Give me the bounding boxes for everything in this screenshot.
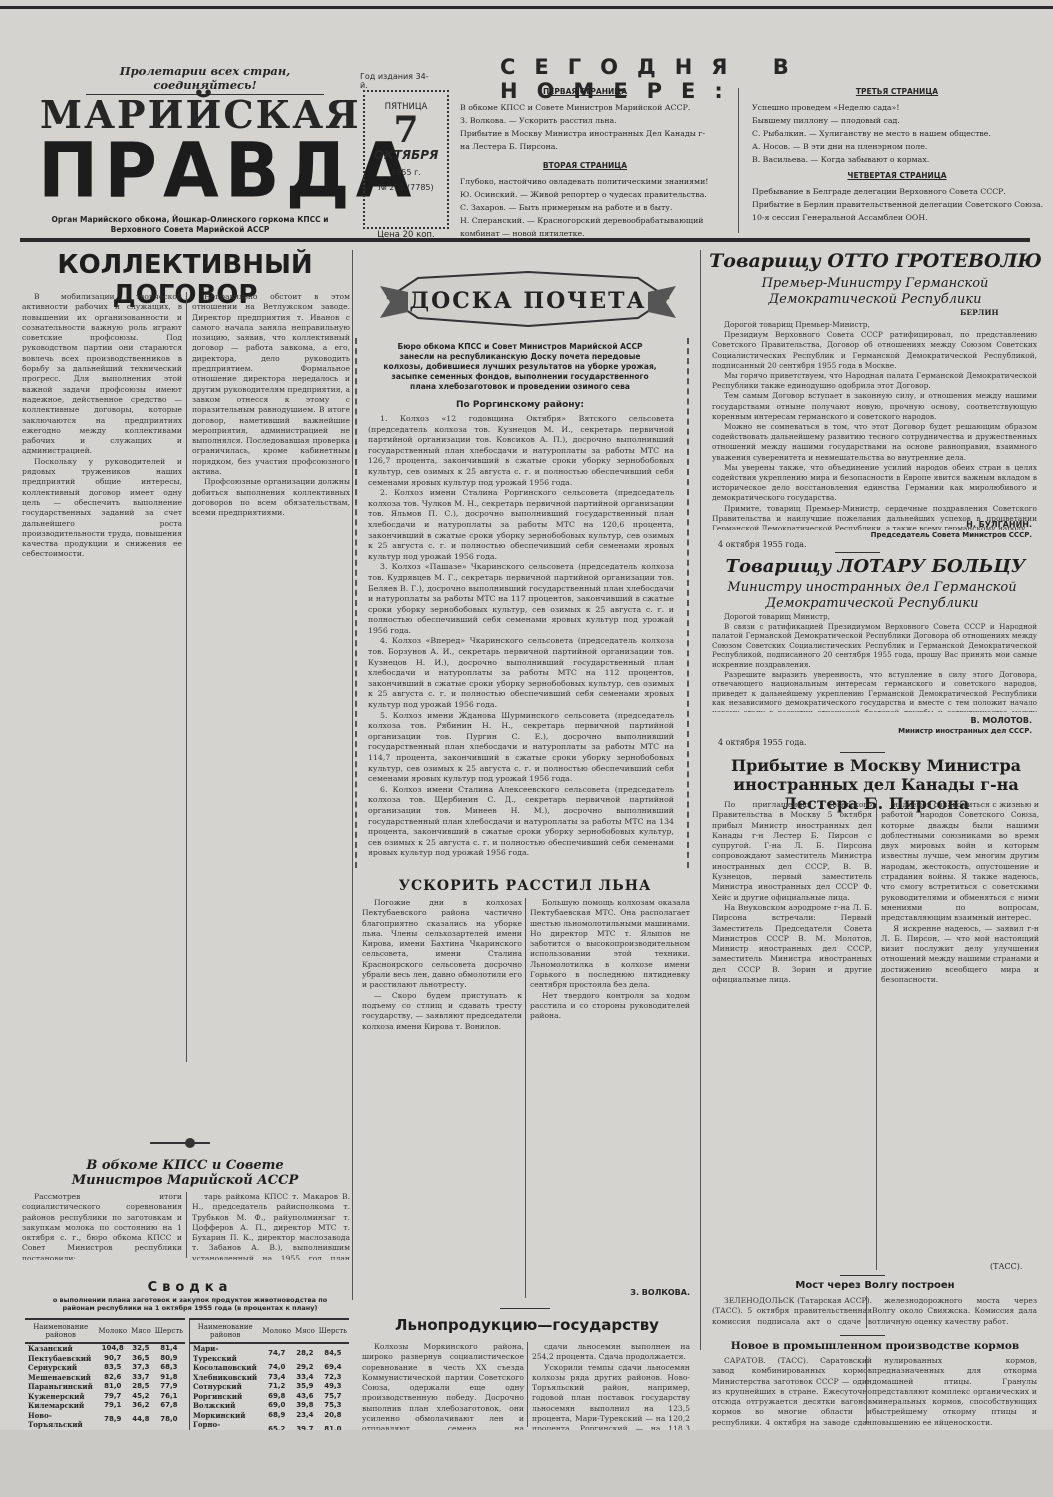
column-header: Шерсть (153, 1319, 185, 1343)
district-name: Косолаповский (190, 1363, 261, 1373)
issue-number: № 201 (7785) (365, 183, 447, 192)
paragraph: Погожие дни в колхозах Пектубаевского ра… (362, 898, 522, 991)
honor-entry: 5. Колхоз имени Жданова Шурминского сель… (368, 711, 674, 785)
newspaper-title-line2: ПРАВДА (38, 126, 330, 214)
percent-value: 37,3 (129, 1363, 153, 1373)
column-divider (186, 1192, 187, 1258)
table-row: Ново-Торъяльский78,944,878,0 (25, 1411, 185, 1430)
column-header: Наименование районов (25, 1319, 96, 1343)
district-name: Килемарский (25, 1401, 96, 1411)
contents-item[interactable]: Глубоко, настойчиво овладевать политичес… (460, 175, 710, 188)
table-row: Хлебниковский73,433,472,3 (190, 1373, 350, 1383)
percent-value: 28,2 (293, 1343, 317, 1363)
percent-value: 81,4 (153, 1343, 185, 1354)
percent-value: 23,4 (293, 1411, 317, 1421)
date-box: ПЯТНИЦА 7 ОКТЯБРЯ 1955 г. № 201 (7785) (363, 90, 449, 229)
contents-item[interactable]: В обкоме КПСС и Совете Министров Марийск… (460, 101, 710, 114)
paragraph: Поскольку у руководителей и рядовых труж… (22, 457, 182, 560)
flax-signature: З. ВОЛКОВА. (530, 1288, 690, 1297)
percent-value: 36,2 (129, 1401, 153, 1411)
paragraph: Можно не сомневаться в том, что этот Дог… (712, 422, 1037, 463)
summary-title: Сводка (30, 1280, 350, 1295)
table-row: Сернурский83,537,368,3 (25, 1363, 185, 1373)
percent-value: 91,8 (153, 1373, 185, 1383)
honor-board-entries: 1. Колхоз «12 годовщина Октября» Вятског… (368, 414, 674, 864)
paragraph: Рассмотрев итоги социалистического сорев… (22, 1192, 182, 1260)
bridge-col1: ЗЕЛЕНОДОЛЬСК (Татарская АССР). (ТАСС). 5… (712, 1296, 872, 1330)
district-name: Сотнурский (190, 1382, 261, 1392)
paragraph: Мы уверены также, что объединение усилий… (712, 463, 1037, 504)
grotewohl-signature: Н. БУЛГАНИН. (712, 520, 1032, 529)
scan-bottom-margin (0, 1430, 1053, 1497)
table-row: Сотнурский71,235,949,3 (190, 1382, 350, 1392)
paragraph: Мы горячо приветствуем, что Народная пал… (712, 371, 1037, 391)
paragraph: Дорогой товарищ Министр, (712, 612, 1037, 622)
paragraph: В мобилизации творческой активности рабо… (22, 292, 182, 457)
percent-value: 79,1 (96, 1401, 129, 1411)
column-divider (186, 292, 187, 1062)
column-header: Мясо (129, 1319, 153, 1343)
district-name: Пектубаевский (25, 1354, 96, 1364)
contents-item[interactable]: В. Васильева. — Когда забывают о кормах. (752, 153, 1042, 166)
grotewohl-signature-title: Председатель Совета Министров СССР. (712, 531, 1032, 539)
contents-item[interactable]: Прибытие в Берлин правительственной деле… (752, 198, 1042, 211)
paragraph: Нет твердого контроля за ходом расстила … (530, 991, 690, 1022)
contents-item[interactable]: Успешно проведем «Неделю сада»! (752, 101, 1042, 114)
district-name: Казанский (25, 1343, 96, 1354)
contents-page-title: ТРЕТЬЯ СТРАНИЦА (752, 85, 1042, 98)
percent-value: 74,0 (260, 1363, 293, 1373)
short-divider (840, 1335, 885, 1336)
bolz-signature-title: Министр иностранных дел СССР. (712, 727, 1032, 735)
percent-value: 49,3 (317, 1382, 349, 1392)
contents-item[interactable]: З. Волкова. — Ускорить расстил льна. (460, 114, 710, 127)
district-name: Моркинский (190, 1411, 261, 1421)
percent-value: 72,3 (317, 1373, 349, 1383)
percent-value: 67,8 (153, 1401, 185, 1411)
column-header: Молоко (260, 1319, 293, 1343)
column-divider (876, 800, 877, 1270)
contents-item[interactable]: Пребывание в Белграде делегации Верховно… (752, 185, 1042, 198)
percent-value: 80,9 (153, 1354, 185, 1364)
year-of-publication: Год издания 34-й. (360, 72, 435, 90)
percent-value: 28,5 (129, 1382, 153, 1392)
percent-value: 69,8 (260, 1392, 293, 1402)
paragraph: Президиум Верховного Совета СССР ратифиц… (712, 330, 1037, 371)
table-row: Роргинский69,843,675,7 (190, 1392, 350, 1402)
column-divider (525, 898, 526, 1298)
slogan: Пролетарии всех стран, соединяйтесь! (86, 64, 324, 95)
collective-agreement-col1: В мобилизации творческой активности рабо… (22, 292, 182, 1062)
percent-value: 78,0 (153, 1411, 185, 1430)
newspaper-page: Пролетарии всех стран, соединяйтесь! МАР… (0, 0, 1053, 1497)
percent-value: 68,9 (260, 1411, 293, 1421)
percent-value: 35,9 (293, 1382, 317, 1392)
column-divider (352, 250, 353, 1300)
paragraph: Тем самым Договор вступает в законную си… (712, 391, 1037, 422)
collective-agreement-col2: Неправильно обстоит в этом отношении на … (192, 292, 350, 1062)
paragraph: Неправильно обстоит в этом отношении на … (192, 292, 350, 477)
short-divider (835, 552, 880, 553)
contents-item[interactable]: Бывшему пиллону — плодовый сад. (752, 114, 1042, 127)
percent-value: 84,5 (317, 1343, 349, 1363)
honor-board-district: По Роргинскому району: (380, 400, 660, 410)
flax-state-col2: сдачи льносемян выполнен на 254,2 процен… (532, 1342, 690, 1432)
bolz-signature: В. МОЛОТОВ. (712, 716, 1032, 725)
honor-entry: 1. Колхоз «12 годовщина Октября» Вятског… (368, 414, 674, 488)
district-name: Волжский (190, 1401, 261, 1411)
paragraph: По приглашению Советского Правительства … (712, 800, 872, 903)
paragraph: На Внуковском аэродроме г-на Л. Б. Пирсо… (712, 903, 872, 985)
paragraph: Колхозы Моркинского района, широко разве… (362, 1342, 524, 1432)
paragraph: — Скоро будем приступать к подъему со ст… (362, 991, 522, 1032)
paragraph: Профсоюзные организации должны добиться … (192, 477, 350, 518)
paragraph: Ускорили темпы сдачи льносемян колхозы р… (532, 1363, 690, 1432)
paragraph: нулированных кормов, предназначенных для… (872, 1356, 1037, 1428)
table-row: Килемарский79,136,267,8 (25, 1401, 185, 1411)
paragraph: ЗЕЛЕНОДОЛЬСК (Татарская АССР). (ТАСС). 5… (712, 1296, 872, 1330)
percent-value: 36,5 (129, 1354, 153, 1364)
contents-item[interactable]: Прибытие в Москву Министра иностранных Д… (460, 127, 710, 153)
grotewohl-date: 4 октября 1955 года. (718, 540, 807, 549)
paragraph: тарь райкома КПСС т. Макаров В. Н., пред… (192, 1192, 350, 1260)
percent-value: 73,4 (260, 1373, 293, 1383)
flax-state-col1: Колхозы Моркинского района, широко разве… (362, 1342, 524, 1432)
column-divider (866, 1296, 867, 1328)
honor-entry: 3. Колхоз «Пашазе» Чкаринского сельсовет… (368, 562, 674, 636)
bolz-subhead: Министру иностранных дел Германской Демо… (712, 580, 1032, 612)
honor-board-banner: ДОСКА ПОЧЕТА (378, 268, 678, 332)
headline-grotewohl: Товарищу ОТТО ГРОТЕВОЛЮ (708, 250, 1043, 272)
short-divider (840, 752, 885, 753)
percent-value: 45,2 (129, 1392, 153, 1402)
table-row: Казанский104,832,581,4 (25, 1343, 185, 1354)
district-name: Куженерский (25, 1392, 96, 1402)
percent-value: 29,2 (293, 1363, 317, 1373)
headline-feed: Новое в промышленном производстве кормов (710, 1340, 1040, 1352)
contents-pages-1-2: ПЕРВАЯ СТРАНИЦА В обкоме КПСС и Совете М… (460, 82, 710, 240)
contents-item[interactable]: Ю. Осинский. — Живой репортер о чудесах … (460, 188, 710, 201)
column-divider (527, 1342, 528, 1427)
district-name: Ново-Торъяльский (25, 1411, 96, 1430)
grotewohl-place: БЕРЛИН (960, 308, 999, 317)
column-header: Мясо (293, 1319, 317, 1343)
flax-col2: Большую помощь колхозам оказала Пектубае… (530, 898, 690, 1288)
contents-divider (738, 88, 739, 233)
percent-value: 43,6 (293, 1392, 317, 1402)
percent-value: 33,7 (129, 1373, 153, 1383)
column-header: Шерсть (317, 1319, 349, 1343)
table-row: Косолаповский74,029,269,4 (190, 1363, 350, 1373)
table-row: Параньгинский81,028,577,9 (25, 1382, 185, 1392)
short-divider (840, 1275, 885, 1276)
masthead-rule (20, 238, 1030, 242)
column-divider (866, 1356, 867, 1424)
day-number: 7 (365, 112, 447, 148)
obkom-col2: тарь райкома КПСС т. Макаров В. Н., пред… (192, 1192, 350, 1260)
percent-value: 68,3 (153, 1363, 185, 1373)
district-name: Хлебниковский (190, 1373, 261, 1383)
pearson-col1: По приглашению Советского Правительства … (712, 800, 872, 1290)
short-divider (500, 1308, 550, 1309)
contents-item[interactable]: С. Захаров. — Быть примерным на работе и… (460, 201, 710, 214)
table-row: Моркинский68,923,420,8 (190, 1411, 350, 1421)
column-header: Молоко (96, 1319, 129, 1343)
table-row: Мари-Турекский74,728,284,5 (190, 1343, 350, 1363)
headline-bridge: Мост через Волгу построен (710, 1280, 1040, 1291)
flax-col1: Погожие дни в колхозах Пектубаевского ра… (362, 898, 522, 1298)
percent-value: 74,7 (260, 1343, 293, 1363)
headline-flax: УСКОРИТЬ РАССТИЛ ЛЬНА (360, 878, 690, 894)
obkom-col1: Рассмотрев итоги социалистического сорев… (22, 1192, 182, 1260)
feed-col2: нулированных кормов, предназначенных для… (872, 1356, 1037, 1428)
percent-value: 81,0 (96, 1382, 129, 1392)
bolz-date: 4 октября 1955 года. (718, 738, 807, 747)
district-name: Сернурский (25, 1363, 96, 1373)
honor-entry: 6. Колхоз имени Сталина Алексеевского се… (368, 785, 674, 859)
headline-bolz: Товарищу ЛОТАРУ БОЛЬЦУ (708, 556, 1043, 577)
ornament-dot (185, 1138, 195, 1148)
percent-value: 69,4 (317, 1363, 349, 1373)
grotewohl-subhead: Премьер-Министру Германской Демократичес… (720, 276, 1030, 308)
table-row: Куженерский79,745,276,1 (25, 1392, 185, 1402)
table-row: Волжский69,039,875,3 (190, 1401, 350, 1411)
grotewohl-body: Дорогой товарищ Премьер-Министр, Президи… (712, 320, 1037, 530)
contents-page-title: ВТОРАЯ СТРАНИЦА (460, 159, 710, 172)
organ-statement: Орган Марийского обкома, Йошкар-Олинског… (50, 215, 330, 235)
column-header: Наименование районов (190, 1319, 261, 1343)
contents-page-title: ЧЕТВЕРТАЯ СТРАНИЦА (752, 169, 1042, 182)
month: ОКТЯБРЯ (365, 148, 447, 162)
percent-value: 75,7 (317, 1392, 349, 1402)
year: 1955 г. (365, 168, 447, 177)
percent-value: 79,7 (96, 1392, 129, 1402)
top-border (0, 6, 1053, 9)
paragraph: Большую помощь колхозам оказала Пектубае… (530, 898, 690, 991)
percent-value: 75,3 (317, 1401, 349, 1411)
paragraph: САРАТОВ. (ТАСС). Саратовский завод комби… (712, 1356, 872, 1428)
bridge-col2: железнодорожного моста через Волгу около… (872, 1296, 1037, 1330)
percent-value: 77,9 (153, 1382, 185, 1392)
percent-value: 104,8 (96, 1343, 129, 1354)
paragraph: надеемся ознакомиться с жизнью и работой… (881, 800, 1039, 924)
contents-item[interactable]: С. Рыбалкин. — Хулиганству не место в на… (752, 127, 1042, 140)
contents-item[interactable]: Н. Сперанский. — Красногорский деревообр… (460, 214, 710, 240)
column-divider (700, 250, 701, 1350)
honor-board-intro: Бюро обкома КПСС и Совет Министров Марий… (380, 342, 660, 392)
district-name: Роргинский (190, 1392, 261, 1402)
percent-value: 76,1 (153, 1392, 185, 1402)
percent-value: 39,8 (293, 1401, 317, 1411)
percent-value: 69,0 (260, 1401, 293, 1411)
paragraph: Дорогой товарищ Премьер-Министр, (712, 320, 1037, 330)
honor-board-title: ДОСКА ПОЧЕТА (410, 288, 647, 314)
bolz-body: Дорогой товарищ Министр, В связи с ратиф… (712, 612, 1037, 712)
paragraph: Я искренне надеюсь, — заявил г-н Л. Б. П… (881, 924, 1039, 986)
paragraph: В связи с ратификацией Президиумом Верхо… (712, 622, 1037, 670)
percent-value: 32,5 (129, 1343, 153, 1354)
pearson-source: (ТАСС). (990, 1262, 1022, 1271)
table-row: Мешенаевский82,633,791,8 (25, 1373, 185, 1383)
table-row: Пектубаевский90,736,580,9 (25, 1354, 185, 1364)
contents-pages-3-4: ТРЕТЬЯ СТРАНИЦА Успешно проведем «Неделю… (752, 82, 1042, 224)
paragraph: Разрешите выразить уверенность, что всту… (712, 670, 1037, 712)
percent-value: 71,2 (260, 1382, 293, 1392)
honor-entry: 4. Колхоз «Вперед» Чкаринского сельсовет… (368, 636, 674, 710)
percent-value: 78,9 (96, 1411, 129, 1430)
percent-value: 20,8 (317, 1411, 349, 1421)
summary-subtitle: о выполнении плана заготовок и закупок п… (40, 1296, 340, 1312)
paragraph: железнодорожного моста через Волгу около… (872, 1296, 1037, 1327)
headline-obkom: В обкоме КПСС и Совете Министров Марийск… (40, 1158, 330, 1188)
percent-value: 44,8 (129, 1411, 153, 1430)
percent-value: 90,7 (96, 1354, 129, 1364)
honor-entry: 2. Колхоз имени Сталина Роргинского сель… (368, 488, 674, 562)
district-name: Мари-Турекский (190, 1343, 261, 1363)
district-name: Параньгинский (25, 1382, 96, 1392)
percent-value: 33,4 (293, 1373, 317, 1383)
percent-value: 82,6 (96, 1373, 129, 1383)
feed-col1: САРАТОВ. (ТАСС). Саратовский завод комби… (712, 1356, 872, 1428)
contents-item[interactable]: А. Носов. — В эти дни на пленэрном поле. (752, 140, 1042, 153)
paragraph: сдачи льносемян выполнен на 254,2 процен… (532, 1342, 690, 1363)
pearson-col2: надеемся ознакомиться с жизнью и работой… (881, 800, 1039, 1260)
headline-flax-state: Льнопродукцию—государству (362, 1316, 692, 1334)
contents-item[interactable]: 10-я сессия Генеральной Ассамблеи ООН. (752, 211, 1042, 224)
percent-value: 83,5 (96, 1363, 129, 1373)
contents-page-title: ПЕРВАЯ СТРАНИЦА (460, 85, 710, 98)
summary-table-left: Наименование районов Молоко Мясо Шерсть … (25, 1318, 185, 1449)
district-name: Мешенаевский (25, 1373, 96, 1383)
ornament-divider (150, 1142, 210, 1144)
